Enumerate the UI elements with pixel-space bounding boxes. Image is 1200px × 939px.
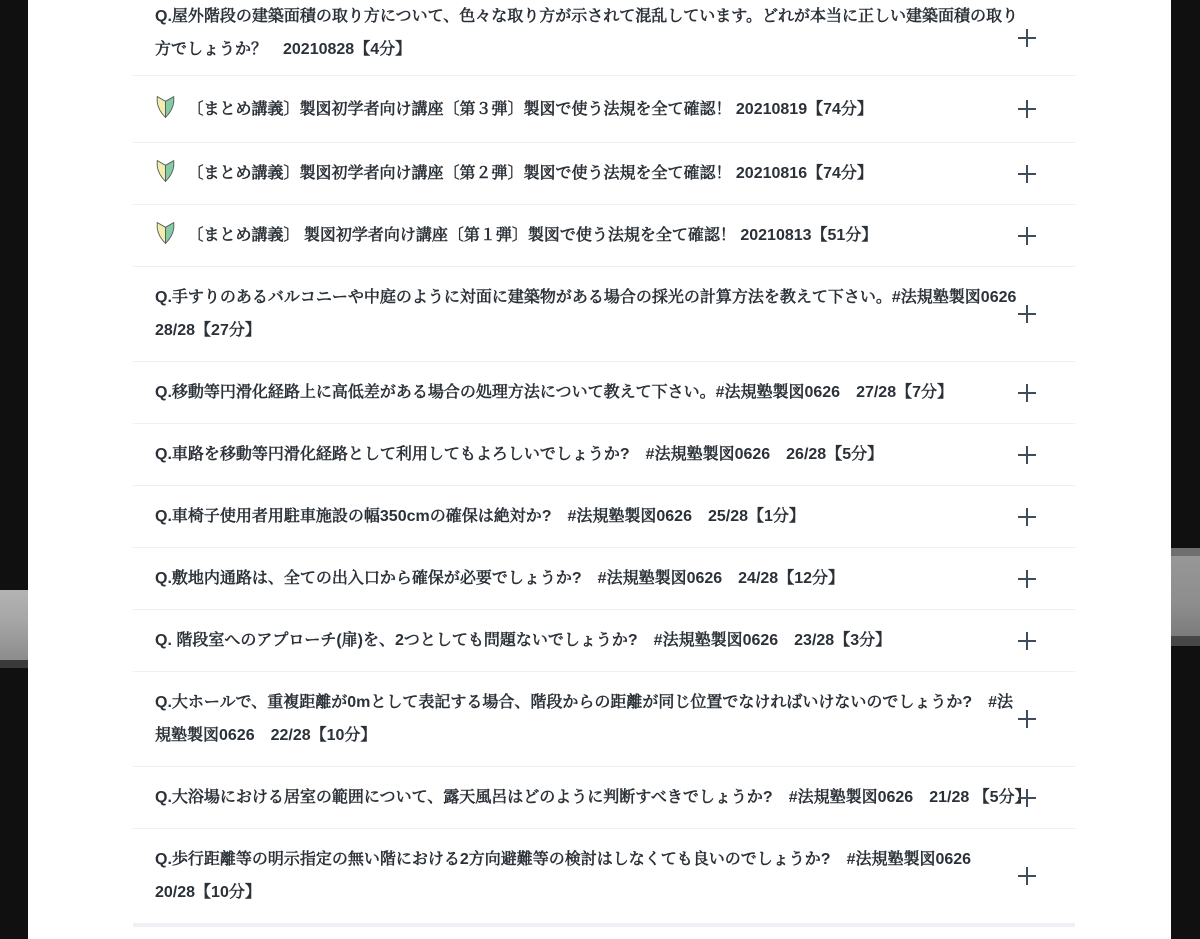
expand-plus-icon[interactable]	[1018, 867, 1036, 885]
beginner-mark-icon	[155, 94, 176, 120]
faq-item-label: Q.大ホールで、重複距離が0mとして表記する場合、階段からの距離が同じ位置でなけ…	[155, 686, 1025, 752]
faq-item-text: Q.車路を移動等円滑化経路として利用してもよろしいでしょうか? #法規塾製図06…	[155, 446, 883, 463]
faq-item-text: Q.手すりのあるバルコニーや中庭のように対面に建築物がある場合の採光の計算方法を…	[155, 289, 1032, 339]
faq-item[interactable]: 〔まとめ講義〕製図初学者向け講座〔第２弾〕製図で使う法規を全て確認！ 20210…	[133, 143, 1075, 205]
faq-item[interactable]: Q.手すりのあるバルコニーや中庭のように対面に建築物がある場合の採光の計算方法を…	[133, 267, 1075, 362]
faq-item[interactable]: Q. 階段室へのアプローチ(扉)を、2つとしても問題ないでしょうか? #法規塾製…	[133, 610, 1075, 672]
faq-item-text: Q.大ホールで、重複距離が0mとして表記する場合、階段からの距離が同じ位置でなけ…	[155, 694, 1013, 744]
faq-item-text: Q.車椅子使用者用駐車施設の幅350cmの確保は絶対か? #法規塾製図0626 …	[155, 508, 805, 525]
expand-plus-icon[interactable]	[1018, 508, 1036, 526]
faq-item-label: Q.車椅子使用者用駐車施設の幅350cmの確保は絶対か? #法規塾製図0626 …	[155, 500, 1025, 533]
faq-item-label: Q.移動等円滑化経路上に高低差がある場合の処理方法について教えて下さい。#法規塾…	[155, 376, 1025, 409]
faq-item-label: 〔まとめ講義〕製図初学者向け講座〔第２弾〕製図で使う法規を全て確認！ 20210…	[155, 157, 1025, 190]
faq-item-text: 〔まとめ講義〕製図初学者向け講座〔第３弾〕製図で使う法規を全て確認！ 20210…	[187, 101, 872, 118]
faq-item-label: Q.大浴場における居室の範囲について、露天風呂はどのように判断すべきでしょうか?…	[155, 781, 1025, 814]
background-right-band-shadow	[1171, 636, 1200, 646]
faq-item-label: Q.歩行距離等の明示指定の無い階における2方向避難等の検討はしなくても良いのでし…	[155, 843, 1025, 909]
background-right-band-top	[1171, 548, 1200, 556]
faq-item-text: 〔まとめ講義〕製図初学者向け講座〔第２弾〕製図で使う法規を全て確認！ 20210…	[187, 165, 872, 182]
faq-item[interactable]: Q.大浴場における居室の範囲について、露天風呂はどのように判断すべきでしょうか?…	[133, 767, 1075, 829]
faq-item-label: Q.敷地内通路は、全ての出入口から確保が必要でしょうか? #法規塾製図0626 …	[155, 562, 1025, 595]
faq-item-label: Q.手すりのあるバルコニーや中庭のように対面に建築物がある場合の採光の計算方法を…	[155, 281, 1025, 347]
faq-item-text: Q.屋外階段の建築面積の取り方について、色々な取り方が示されて混乱しています。ど…	[155, 8, 1018, 58]
background-right-gray-band	[1171, 556, 1200, 636]
faq-item[interactable]: Q.敷地内通路は、全ての出入口から確保が必要でしょうか? #法規塾製図0626 …	[133, 548, 1075, 610]
faq-item-label: 〔まとめ講義〕 製図初学者向け講座〔第１弾〕製図で使う法規を全て確認！ 2021…	[155, 219, 1025, 252]
expand-plus-icon[interactable]	[1018, 446, 1036, 464]
expand-plus-icon[interactable]	[1018, 29, 1036, 47]
expand-plus-icon[interactable]	[1018, 789, 1036, 807]
background-left-band-shadow	[0, 660, 28, 668]
faq-item-label: Q.車路を移動等円滑化経路として利用してもよろしいでしょうか? #法規塾製図06…	[155, 438, 1025, 471]
faq-item-text: 〔まとめ講義〕 製図初学者向け講座〔第１弾〕製図で使う法規を全て確認！ 2021…	[187, 227, 877, 244]
faq-accordion-list: Q.屋外階段の建築面積の取り方について、色々な取り方が示されて混乱しています。ど…	[133, 0, 1075, 927]
faq-item[interactable]: Q.屋外階段の建築面積の取り方について、色々な取り方が示されて混乱しています。ど…	[133, 0, 1075, 76]
expand-plus-icon[interactable]	[1018, 384, 1036, 402]
expand-plus-icon[interactable]	[1018, 100, 1036, 118]
faq-item[interactable]: Q.歩行距離等の明示指定の無い階における2方向避難等の検討はしなくても良いのでし…	[133, 829, 1075, 927]
faq-item-label: Q. 階段室へのアプローチ(扉)を、2つとしても問題ないでしょうか? #法規塾製…	[155, 624, 1025, 657]
expand-plus-icon[interactable]	[1018, 570, 1036, 588]
background-left-gray-band	[0, 590, 28, 660]
faq-item-label: Q.屋外階段の建築面積の取り方について、色々な取り方が示されて混乱しています。ど…	[155, 0, 1025, 66]
faq-item[interactable]: Q.車椅子使用者用駐車施設の幅350cmの確保は絶対か? #法規塾製図0626 …	[133, 486, 1075, 548]
beginner-mark-icon	[155, 158, 176, 184]
faq-item[interactable]: Q.車路を移動等円滑化経路として利用してもよろしいでしょうか? #法規塾製図06…	[133, 424, 1075, 486]
faq-item[interactable]: Q.移動等円滑化経路上に高低差がある場合の処理方法について教えて下さい。#法規塾…	[133, 362, 1075, 424]
faq-item-text: Q.歩行距離等の明示指定の無い階における2方向避難等の検討はしなくても良いのでし…	[155, 851, 987, 901]
expand-plus-icon[interactable]	[1018, 165, 1036, 183]
faq-item-label: 〔まとめ講義〕製図初学者向け講座〔第３弾〕製図で使う法規を全て確認！ 20210…	[155, 93, 1025, 126]
expand-plus-icon[interactable]	[1018, 632, 1036, 650]
faq-item[interactable]: 〔まとめ講義〕製図初学者向け講座〔第３弾〕製図で使う法規を全て確認！ 20210…	[133, 76, 1075, 143]
faq-item[interactable]: 〔まとめ講義〕 製図初学者向け講座〔第１弾〕製図で使う法規を全て確認！ 2021…	[133, 205, 1075, 267]
faq-item-text: Q.大浴場における居室の範囲について、露天風呂はどのように判断すべきでしょうか?…	[155, 789, 1031, 806]
beginner-mark-icon	[155, 220, 176, 246]
faq-item-text: Q.敷地内通路は、全ての出入口から確保が必要でしょうか? #法規塾製図0626 …	[155, 570, 844, 587]
expand-plus-icon[interactable]	[1018, 305, 1036, 323]
background-left-edge	[0, 0, 28, 939]
faq-item-text: Q. 階段室へのアプローチ(扉)を、2つとしても問題ないでしょうか? #法規塾製…	[155, 632, 891, 649]
faq-item-text: Q.移動等円滑化経路上に高低差がある場合の処理方法について教えて下さい。#法規塾…	[155, 384, 953, 401]
expand-plus-icon[interactable]	[1018, 227, 1036, 245]
faq-item[interactable]: Q.大ホールで、重複距離が0mとして表記する場合、階段からの距離が同じ位置でなけ…	[133, 672, 1075, 767]
background-right-edge	[1171, 0, 1200, 939]
expand-plus-icon[interactable]	[1018, 710, 1036, 728]
